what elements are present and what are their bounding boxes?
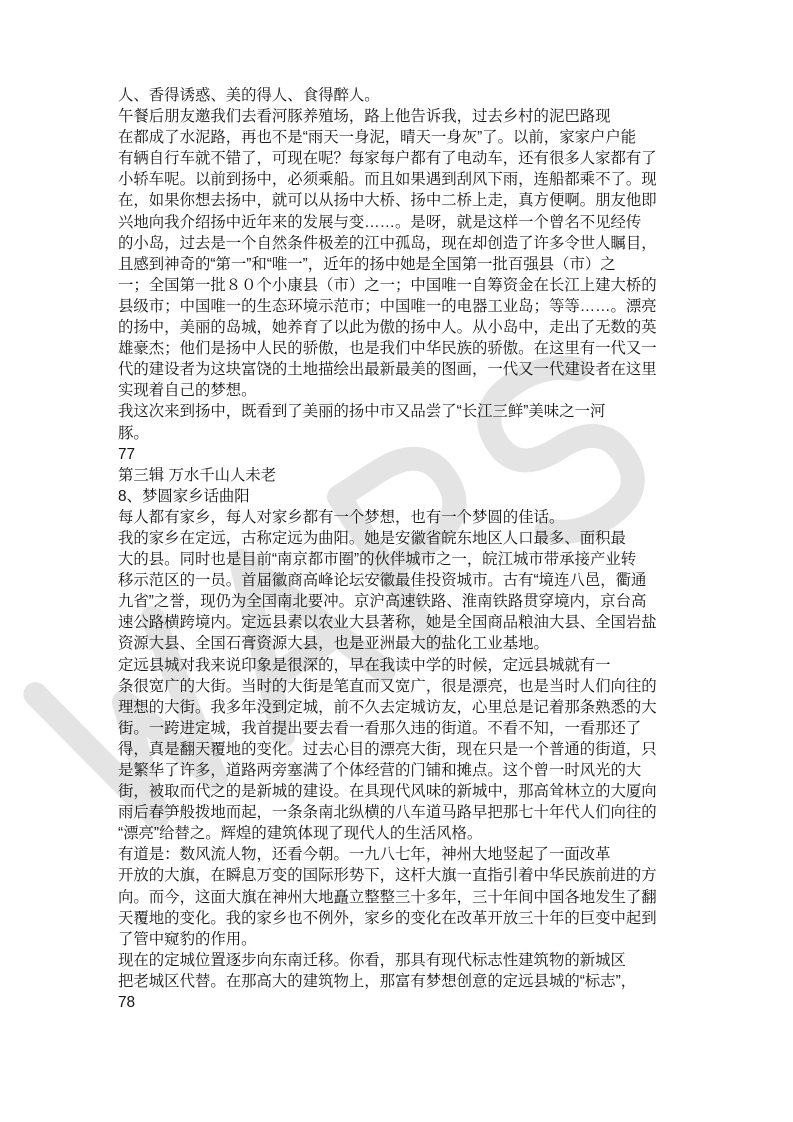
text-line: 午餐后朋友邀我们去看河豚养殖场，路上他告诉我，过去乡村的泥巴路现 [118, 106, 718, 127]
text-line: 豚。 [118, 423, 718, 444]
text-line: 每人都有家乡，每人对家乡都有一个梦想，也有一个梦圆的佳话。 [118, 507, 718, 528]
text-line: 在都成了水泥路，再也不是“雨天一身泥，晴天一身灰”了。以前，家家户户能 [118, 127, 718, 148]
text-line: 县级市；中国唯一的生态环境示范市；中国唯一的电器工业岛；等等……。漂亮 [118, 296, 718, 317]
text-line: 一；全国第一批８０个小康县（市）之一；中国唯一自筹资金在长江上建大桥的 [118, 275, 718, 296]
text-line: 条很宽广的大街。当时的大街是笔直而又宽广，很是漂亮，也是当时人们向往的 [118, 676, 718, 697]
text-line: 移示范区的一员。首届徽商高峰论坛安徽最佳投资城市。古有“境连八邑，衢通 [118, 570, 718, 591]
text-line: 现在的定城位置逐步向东南迁移。你看，那具有现代标志性建筑物的新城区 [118, 950, 718, 971]
text-line: 九省”之誉，现仍为全国南北要冲。京沪高速铁路、淮南铁路贯穿境内，京台高 [118, 591, 718, 612]
text-line: 8、梦圆家乡话曲阳 [118, 486, 718, 507]
text-line: 的小岛，过去是一个自然条件极差的江中孤岛，现在却创造了许多令世人瞩目， [118, 233, 718, 254]
text-line: 了管中窥豹的作用。 [118, 929, 718, 950]
document-text: 人、香得诱惑、美的得人、食得醉人。 午餐后朋友邀我们去看河豚养殖场，路上他告诉我… [118, 85, 718, 1013]
text-line: 理想的大街。我多年没到定城，前不久去定城访友，心里总是记着那条熟悉的大 [118, 697, 718, 718]
text-line: 的扬中，美丽的岛城，她养育了以此为傲的扬中人。从小岛中，走出了无数的英 [118, 317, 718, 338]
text-line: 天覆地的变化。我的家乡也不例外，家乡的变化在改革开放三十年的巨变中起到 [118, 908, 718, 929]
text-line: 得，真是翻天覆地的变化。过去心目的漂亮大街，现在只是一个普通的街道，只 [118, 739, 718, 760]
text-line: 代的建设者为这块富饶的土地描绘出最新最美的图画，一代又一代建设者在这里 [118, 359, 718, 380]
text-line: 且感到神奇的“第一”和“唯一”，近年的扬中她是全国第一批百强县（市）之 [118, 254, 718, 275]
text-line: 第三辑 万水千山人未老 [118, 465, 718, 486]
text-line: 我的家乡在定远，古称定远为曲阳。她是安徽省皖东地区人口最多、面积最 [118, 528, 718, 549]
text-line: 把老城区代替。在那高大的建筑物上，那富有梦想创意的定远县城的“标志”， [118, 971, 718, 992]
text-line: 78 [118, 992, 718, 1013]
text-line: 人、香得诱惑、美的得人、食得醉人。 [118, 85, 718, 106]
text-line: 定远县城对我来说印象是很深的，早在我读中学的时候，定远县城就有一 [118, 655, 718, 676]
text-line: 是繁华了许多，道路两旁塞满了个体经营的门铺和摊点。这个曾一时风光的大 [118, 760, 718, 781]
text-line: 开放的大旗，在瞬息万变的国际形势下，这杆大旗一直指引着中华民族前进的方 [118, 865, 718, 886]
text-line: 小轿车呢。以前到扬中，必须乘船。而且如果遇到刮风下雨，连船都乘不了。现 [118, 169, 718, 190]
text-line: 在，如果你想去扬中，就可以从扬中大桥、扬中二桥上走，真方便啊。朋友他即 [118, 190, 718, 211]
text-line: 实现着自己的梦想。 [118, 380, 718, 401]
text-line: 有道是：数风流人物，还看今朝。一九八七年，神州大地竖起了一面改革 [118, 844, 718, 865]
text-line: 兴地向我介绍扬中近年来的发展与变……。是呀，就是这样一个曾名不见经传 [118, 212, 718, 233]
text-line: 我这次来到扬中，既看到了美丽的扬中市又品尝了“长江三鲜”美味之一河 [118, 401, 718, 422]
text-line: 77 [118, 444, 718, 465]
document-page: 人、香得诱惑、美的得人、食得醉人。 午餐后朋友邀我们去看河豚养殖场，路上他告诉我… [0, 0, 793, 1122]
text-line: 向。而今，这面大旗在神州大地矗立整整三十多年，三十年间中国各地发生了翻 [118, 887, 718, 908]
text-line: 街。一跨进定城，我首提出要去看一看那久违的街道。不看不知，一看那还了 [118, 718, 718, 739]
text-line: 资源大县、全国石膏资源大县，也是亚洲最大的盐化工业基地。 [118, 633, 718, 654]
text-line: 大的县。同时也是目前“南京都市圈”的伙伴城市之一，皖江城市带承接产业转 [118, 549, 718, 570]
text-line: “漂亮”给替之。辉煌的建筑体现了现代人的生活风格。 [118, 823, 718, 844]
text-line: 街，被取而代之的是新城的建设。在具现代风味的新城中，那高耸林立的大厦向 [118, 781, 718, 802]
text-line: 有辆自行车就不错了，可现在呢？每家每户都有了电动车，还有很多人家都有了 [118, 148, 718, 169]
text-line: 速公路横跨境内。定远县素以农业大县著称，她是全国商品粮油大县、全国岩盐 [118, 612, 718, 633]
text-line: 雄豪杰；他们是扬中人民的骄傲，也是我们中华民族的骄傲。在这里有一代又一 [118, 338, 718, 359]
text-line: 雨后春笋般拨地而起，一条条南北纵横的八车道马路早把那七十年代人们向往的 [118, 802, 718, 823]
